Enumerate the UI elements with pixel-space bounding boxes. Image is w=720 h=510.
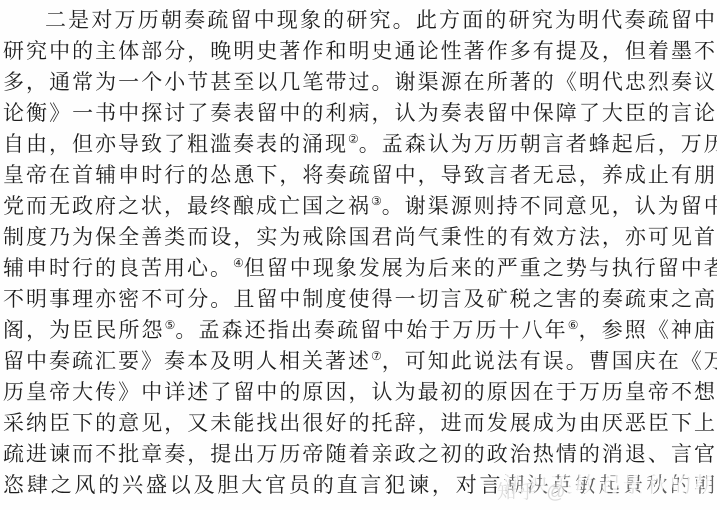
text-run: 恣肆之风的兴盛以及胆大官员的直言犯谏，对言 (3, 473, 503, 497)
text-line: 研究中的主体部分，晚明史著作和明史通论性著作多有提及，但着墨不 (3, 36, 717, 67)
text-run: 多，通常为一个小节甚至以几笔带过。谢渠源在所著的《明代忠烈奏议 (3, 70, 717, 94)
text-run: 。孟森还指出奏疏留中始于万历十八年 (175, 318, 567, 342)
text-line: 辅申时行的良苦用心。④但留中现象发展为后来的严重之势与执行留中者 (3, 253, 717, 284)
text-run: 党而无政府之状，最终酿成亡国之祸 (3, 194, 371, 218)
text-line: 历皇帝大传》中详述了留中的原因，认为最初的原因在于万历皇帝不想 (3, 377, 717, 408)
watermark-obscured-text: 潮泱英敏起景秋的朝 (503, 473, 717, 497)
text-run: 历皇帝大传》中详述了留中的原因，认为最初的原因在于万历皇帝不想 (3, 380, 717, 404)
footnote-marker: ⑤ (165, 318, 176, 332)
text-run: 论衡》一书中探讨了奏表留中的利病，认为奏表留中保障了大臣的言论 (3, 101, 717, 125)
text-line: 自由，但亦导致了粗滥奏表的涌现②。孟森认为万历朝言者蜂起后，万历 (3, 129, 717, 160)
footnote-marker: ⑥ (568, 318, 579, 332)
footnote-marker: ② (348, 132, 359, 146)
text-run: 阁，为臣民所怨 (3, 318, 165, 342)
text-run: 不明事理亦密不可分。且留中制度使得一切言及矿税之害的奏疏束之高 (3, 287, 717, 311)
text-run: 。谢渠源则持不同意见，认为留中 (382, 194, 717, 218)
footnote-marker: ⑦ (371, 349, 382, 363)
text-run: 采纳臣下的意见，又未能找出很好的托辞，进而发展成为由厌恶臣下上 (3, 411, 717, 435)
footnote-marker: ④ (233, 256, 244, 270)
text-run: 留中奏疏汇要》奏本及明人相关著述 (3, 349, 371, 373)
text-line: 皇帝在首辅申时行的怂恿下，将奏疏留中，导致言者无忌，养成止有朋 (3, 160, 717, 191)
text-run: 疏进谏而不批章奏，提出万历帝随着亲政之初的政治热情的消退、言官 (3, 442, 717, 466)
text-run: 。孟森认为万历朝言者蜂起后，万历 (359, 132, 717, 156)
text-run: ，参照《神庙 (579, 318, 717, 342)
text-line: 党而无政府之状，最终酿成亡国之祸③。谢渠源则持不同意见，认为留中 (3, 191, 717, 222)
text-line: 疏进谏而不批章奏，提出万历帝随着亲政之初的政治热情的消退、言官 (3, 439, 717, 470)
text-line: 采纳臣下的意见，又未能找出很好的托辞，进而发展成为由厌恶臣下上 (3, 408, 717, 439)
text-run: 自由，但亦导致了粗滥奏表的涌现 (3, 132, 348, 156)
text-line: 阁，为臣民所怨⑤。孟森还指出奏疏留中始于万历十八年⑥，参照《神庙 (3, 315, 717, 346)
footnote-marker: ③ (371, 194, 382, 208)
text-line: 多，通常为一个小节甚至以几笔带过。谢渠源在所著的《明代忠烈奏议 (3, 67, 717, 98)
text-run: ，可知此说法有误。曹国庆在《万 (382, 349, 717, 373)
text-run: 但留中现象发展为后来的严重之势与执行留中者 (244, 256, 717, 280)
text-run: 二是对万历朝奏疏留中现象的研究。此方面的研究为明代奏疏留中 (45, 8, 717, 32)
scanned-document-page: 二是对万历朝奏疏留中现象的研究。此方面的研究为明代奏疏留中研究中的主体部分，晚明… (0, 0, 720, 510)
text-run: 皇帝在首辅申时行的怂恿下，将奏疏留中，导致言者无忌，养成止有朋 (3, 163, 717, 187)
text-line: 不明事理亦密不可分。且留中制度使得一切言及矿税之害的奏疏束之高 (3, 284, 717, 315)
text-line: 论衡》一书中探讨了奏表留中的利病，认为奏表留中保障了大臣的言论 (3, 98, 717, 129)
document-body-text: 二是对万历朝奏疏留中现象的研究。此方面的研究为明代奏疏留中研究中的主体部分，晚明… (3, 5, 717, 501)
text-run: 研究中的主体部分，晚明史著作和明史通论性著作多有提及，但着墨不 (3, 39, 717, 63)
text-line: 恣肆之风的兴盛以及胆大官员的直言犯谏，对言潮泱英敏起景秋的朝 (3, 470, 717, 501)
text-line: 制度乃为保全善类而设，实为戒除国君尚气秉性的有效方法，亦可见首 (3, 222, 717, 253)
text-line: 二是对万历朝奏疏留中现象的研究。此方面的研究为明代奏疏留中 (3, 5, 717, 36)
text-line: 留中奏疏汇要》奏本及明人相关著述⑦，可知此说法有误。曹国庆在《万 (3, 346, 717, 377)
text-run: 辅申时行的良苦用心。 (3, 256, 233, 280)
text-run: 制度乃为保全善类而设，实为戒除国君尚气秉性的有效方法，亦可见首 (3, 225, 717, 249)
